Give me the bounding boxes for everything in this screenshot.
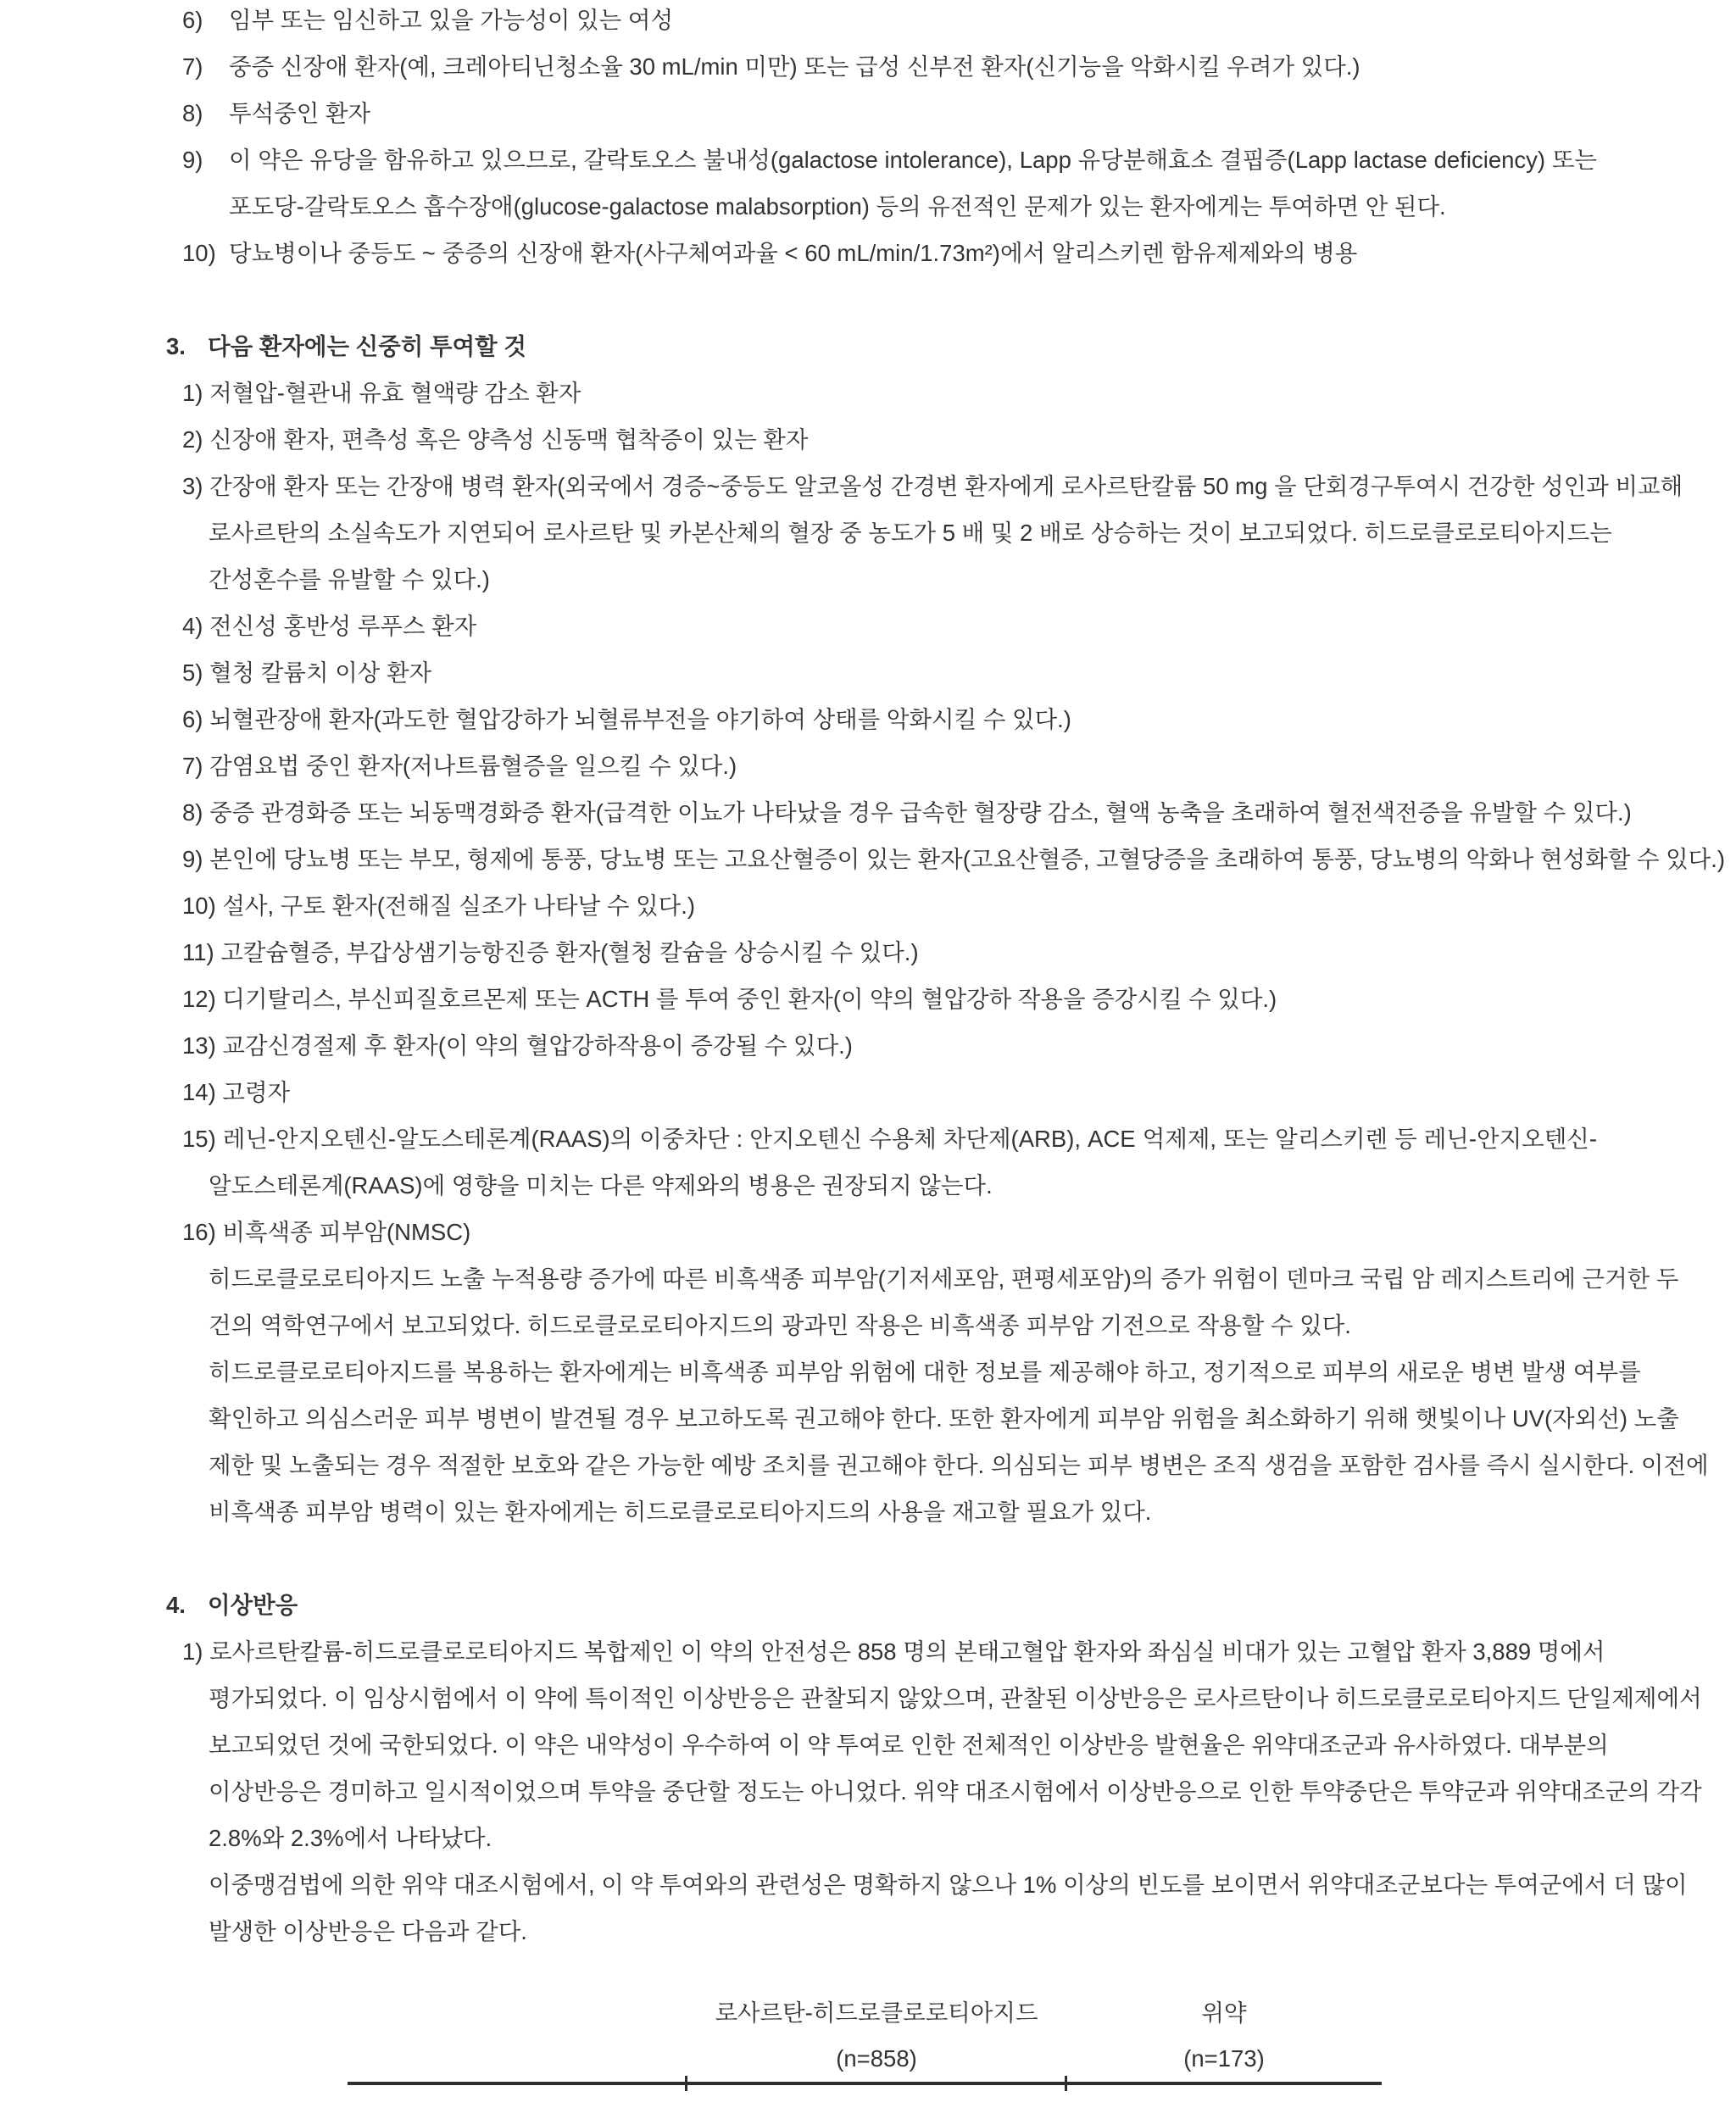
list-item-line: 포도당-갈락토오스 흡수장애(glucose-galactose malabso… — [229, 183, 1597, 230]
precaution-item: 4) 전신성 홍반성 루푸스 환자 — [161, 603, 1597, 649]
list-item-line: 10) 설사, 구토 환자(전해질 실조가 나타날 수 있다.) — [209, 882, 1597, 929]
paragraph-line: 발생한 이상반응은 다음과 같다. — [209, 1908, 1597, 1955]
section-heading-adverse-reactions: 4.이상반응 — [161, 1582, 1597, 1628]
nmsc-paragraph: 히드로클로로티아지드를 복용하는 환자에게는 비흑색종 피부암 위험에 대한 정… — [161, 1349, 1597, 1535]
section-number: 3. — [166, 323, 208, 370]
vertical-gap — [161, 1535, 1597, 1582]
list-item-line: 13) 교감신경절제 후 환자(이 약의 혈압강하작용이 증강될 수 있다.) — [209, 1022, 1597, 1069]
section-heading-precautions: 3.다음 환자에는 신중히 투여할 것 — [161, 323, 1597, 370]
table-header-row: 로사르탄-히드로클로로티아지드 위약 — [348, 1990, 1382, 2036]
precaution-item: 15) 레닌-안지오텐신-알도스테론계(RAAS)의 이중차단 : 안지오텐신 … — [161, 1115, 1597, 1209]
paragraph-line: 비흑색종 피부암 병력이 있는 환자에게는 히드로클로로티아지드의 사용을 재고… — [209, 1488, 1597, 1535]
table-column-divider — [1065, 2076, 1067, 2091]
list-item-line: 로사르탄의 소실속도가 지연되어 로사르탄 및 카본산체의 혈장 중 농도가 5… — [209, 509, 1597, 556]
contraindication-item: 7) 중증 신장애 환자(예, 크레아티닌청소율 30 mL/min 미만) 또… — [161, 43, 1597, 90]
contraindication-item: 9) 이 약은 유당을 함유하고 있으므로, 갈락토오스 불내성(galacto… — [161, 136, 1597, 230]
document-body: 6) 임부 또는 임신하고 있을 가능성이 있는 여성 7) 중증 신장애 환자… — [0, 0, 1736, 1955]
contraindication-item: 6) 임부 또는 임신하고 있을 가능성이 있는 여성 — [161, 0, 1597, 43]
table-col-placebo-header: 위약 — [1066, 1990, 1382, 2036]
precaution-item: 8) 중증 관경화증 또는 뇌동맥경화증 환자(급격한 이뇨가 나타났을 경우 … — [161, 789, 1597, 836]
precaution-item: 14) 고령자 — [161, 1069, 1597, 1115]
section-number: 4. — [166, 1582, 208, 1628]
table-col-drug-n: (n=858) — [687, 2036, 1066, 2082]
list-item-line: 3) 간장애 환자 또는 간장애 병력 환자(외국에서 경증~중등도 알코올성 … — [209, 463, 1597, 509]
precaution-item: 3) 간장애 환자 또는 간장애 병력 환자(외국에서 경증~중등도 알코올성 … — [161, 463, 1597, 603]
precaution-item: 7) 감염요법 중인 환자(저나트륨혈증을 일으킬 수 있다.) — [161, 743, 1597, 789]
list-item-line: 당뇨병이나 중등도 ~ 중증의 신장애 환자(사구체여과율 < 60 mL/mi… — [229, 230, 1597, 276]
adverse-reactions-paragraph: 1) 로사르탄칼륨-히드로클로로티아지드 복합제인 이 약의 안전성은 858 … — [161, 1628, 1597, 1955]
table-cell-empty — [348, 2036, 687, 2082]
table-col-drug-header: 로사르탄-히드로클로로티아지드 — [687, 1990, 1066, 2036]
paragraph-line: 확인하고 의심스러운 피부 병변이 발견될 경우 보고하도록 권고해야 한다. … — [209, 1395, 1597, 1442]
paragraph-line: 1) 로사르탄칼륨-히드로클로로티아지드 복합제인 이 약의 안전성은 858 … — [209, 1628, 1597, 1675]
list-item-line: 중증 신장애 환자(예, 크레아티닌청소율 30 mL/min 미만) 또는 급… — [229, 43, 1597, 90]
precaution-item: 1) 저혈압-혈관내 유효 혈액량 감소 환자 — [161, 370, 1597, 416]
list-item-line: 임부 또는 임신하고 있을 가능성이 있는 여성 — [229, 0, 1597, 43]
precaution-item: 13) 교감신경절제 후 환자(이 약의 혈압강하작용이 증강될 수 있다.) — [161, 1022, 1597, 1069]
list-item-line: 1) 저혈압-혈관내 유효 혈액량 감소 환자 — [209, 370, 1597, 416]
list-item-line: 11) 고칼슘혈증, 부갑상샘기능항진증 환자(혈청 칼슘을 상승시킬 수 있다… — [209, 929, 1597, 976]
precaution-item: 11) 고칼슘혈증, 부갑상샘기능항진증 환자(혈청 칼슘을 상승시킬 수 있다… — [161, 929, 1597, 976]
paragraph-line: 평가되었다. 이 임상시험에서 이 약에 특이적인 이상반응은 관찰되지 않았으… — [209, 1675, 1597, 1721]
precaution-item: 12) 디기탈리스, 부신피질호르몬제 또는 ACTH 를 투여 중인 환자(이… — [161, 976, 1597, 1022]
paragraph-line: 제한 및 노출되는 경우 적절한 보호와 같은 가능한 예방 조치를 권고해야 … — [209, 1442, 1597, 1488]
list-item-line: 이 약은 유당을 함유하고 있으므로, 갈락토오스 불내성(galactose … — [229, 136, 1597, 183]
list-item-line: 9) 본인에 당뇨병 또는 부모, 형제에 통풍, 당뇨병 또는 고요산혈증이 … — [209, 836, 1597, 882]
vertical-gap — [161, 276, 1597, 323]
adverse-events-table: 로사르탄-히드로클로로티아지드 위약 (n=858) (n=173) — [348, 1990, 1382, 2085]
list-item-line: 7) 감염요법 중인 환자(저나트륨혈증을 일으킬 수 있다.) — [209, 743, 1597, 789]
paragraph-line: 건의 역학연구에서 보고되었다. 히드로클로로티아지드의 광과민 작용은 비흑색… — [209, 1302, 1597, 1349]
paragraph-line: 2.8%와 2.3%에서 나타났다. — [209, 1815, 1597, 1861]
table-cell-empty — [348, 1990, 687, 2036]
precaution-item: 10) 설사, 구토 환자(전해질 실조가 나타날 수 있다.) — [161, 882, 1597, 929]
precaution-item: 2) 신장애 환자, 편측성 혹은 양측성 신동맥 협착증이 있는 환자 — [161, 416, 1597, 463]
list-item-line: 15) 레닌-안지오텐신-알도스테론계(RAAS)의 이중차단 : 안지오텐신 … — [209, 1115, 1597, 1162]
list-item-line: 16) 비흑색종 피부암(NMSC) — [209, 1209, 1597, 1255]
table-col-placebo-n: (n=173) — [1066, 2036, 1382, 2082]
paragraph-line: 이상반응은 경미하고 일시적이었으며 투약을 중단할 정도는 아니었다. 위약 … — [209, 1768, 1597, 1815]
precaution-item: 6) 뇌혈관장애 환자(과도한 혈압강하가 뇌혈류부전을 야기하여 상태를 악화… — [161, 696, 1597, 743]
document-page: 6) 임부 또는 임신하고 있을 가능성이 있는 여성 7) 중증 신장애 환자… — [0, 0, 1736, 2108]
list-item-line: 2) 신장애 환자, 편측성 혹은 양측성 신동맥 협착증이 있는 환자 — [209, 416, 1597, 463]
section-title: 이상반응 — [208, 1592, 298, 1618]
precaution-item: 9) 본인에 당뇨병 또는 부모, 형제에 통풍, 당뇨병 또는 고요산혈증이 … — [161, 836, 1597, 882]
list-item-line: 알도스테론계(RAAS)에 영향을 미치는 다른 약제와의 병용은 권장되지 않… — [209, 1162, 1597, 1209]
list-item-number: 7) — [182, 43, 203, 90]
list-item-line: 4) 전신성 홍반성 루푸스 환자 — [209, 603, 1597, 649]
paragraph-line: 이중맹검법에 의한 위약 대조시험에서, 이 약 투여와의 관련성은 명확하지 … — [209, 1861, 1597, 1908]
list-item-number: 6) — [182, 0, 203, 43]
list-item-line: 5) 혈청 칼륨치 이상 환자 — [209, 649, 1597, 696]
list-item-line: 간성혼수를 유발할 수 있다.) — [209, 556, 1597, 603]
list-item-line: 14) 고령자 — [209, 1069, 1597, 1115]
contraindication-item: 10) 당뇨병이나 중등도 ~ 중증의 신장애 환자(사구체여과율 < 60 m… — [161, 230, 1597, 276]
list-item-number: 9) — [182, 136, 203, 183]
precaution-item: 16) 비흑색종 피부암(NMSC) — [161, 1209, 1597, 1255]
table-subheader-row: (n=858) (n=173) — [348, 2036, 1382, 2082]
list-item-line: 8) 중증 관경화증 또는 뇌동맥경화증 환자(급격한 이뇨가 나타났을 경우 … — [209, 789, 1597, 836]
contraindication-item: 8) 투석중인 환자 — [161, 90, 1597, 136]
paragraph-line: 히드로클로로티아지드 노출 누적용량 증가에 따른 비흑색종 피부암(기저세포암… — [209, 1255, 1597, 1302]
paragraph-line: 히드로클로로티아지드를 복용하는 환자에게는 비흑색종 피부암 위험에 대한 정… — [209, 1349, 1597, 1395]
precaution-item: 5) 혈청 칼륨치 이상 환자 — [161, 649, 1597, 696]
table-column-divider — [685, 2076, 687, 2091]
paragraph-line: 보고되었던 것에 국한되었다. 이 약은 내약성이 우수하여 이 약 투여로 인… — [209, 1721, 1597, 1768]
list-item-line: 투석중인 환자 — [229, 90, 1597, 136]
list-item-line: 12) 디기탈리스, 부신피질호르몬제 또는 ACTH 를 투여 중인 환자(이… — [209, 976, 1597, 1022]
list-item-number: 10) — [182, 230, 216, 276]
section-title: 다음 환자에는 신중히 투여할 것 — [208, 333, 526, 359]
nmsc-paragraph: 히드로클로로티아지드 노출 누적용량 증가에 따른 비흑색종 피부암(기저세포암… — [161, 1255, 1597, 1349]
list-item-number: 8) — [182, 90, 203, 136]
list-item-line: 6) 뇌혈관장애 환자(과도한 혈압강하가 뇌혈류부전을 야기하여 상태를 악화… — [209, 696, 1597, 743]
